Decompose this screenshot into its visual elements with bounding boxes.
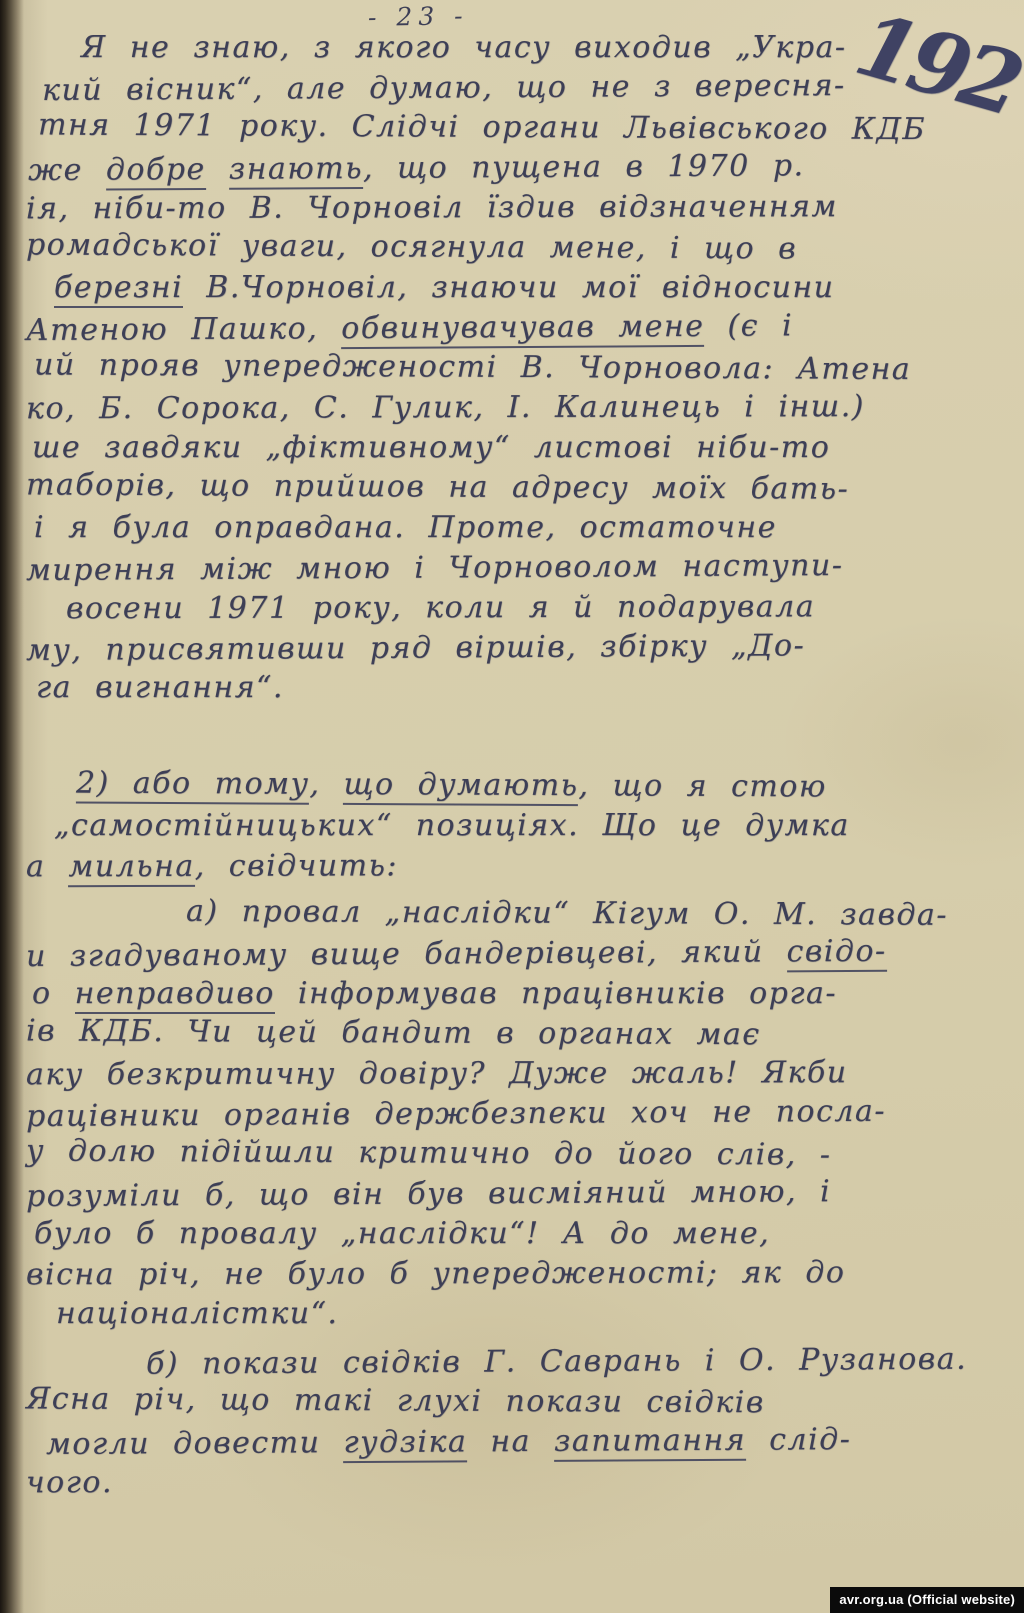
text-segment: слід- bbox=[746, 1422, 851, 1458]
handwritten-line: рацівники органів держбезпеки хоч не пос… bbox=[26, 1091, 1022, 1137]
underlined-phrase: добре bbox=[106, 152, 206, 191]
scanned-document-page: - 23 - 192 Я не знаю, з якого часу виход… bbox=[0, 0, 1024, 1613]
text-segment: Я не знаю, з якого часу виходив „Укра- bbox=[81, 30, 847, 65]
text-segment: Атеною Пашко, bbox=[26, 311, 341, 348]
underlined-phrase: березні bbox=[54, 270, 183, 308]
handwritten-line: націоналістки“. bbox=[56, 1294, 1022, 1334]
text-segment: а bbox=[26, 849, 69, 884]
text-segment: (є і bbox=[704, 308, 793, 344]
handwritten-line: чого. bbox=[26, 1461, 1022, 1504]
text-segment: у долю підійшли критично до його слів, - bbox=[26, 1133, 832, 1172]
handwritten-line: восени 1971 року, коли я й подарувала bbox=[66, 587, 1022, 630]
handwritten-line: ко, Б. Сорока, С. Гулик, І. Калинець і і… bbox=[26, 387, 1022, 430]
handwritten-line: 2) або тому, що думають, що я стою bbox=[76, 764, 1022, 809]
text-segment: тня 1971 року. Слідчі органи Львівського… bbox=[38, 107, 926, 147]
handwritten-line: ше завдяки „фіктивному“ листові ніби-то bbox=[32, 428, 1022, 468]
handwritten-line: б) покази свідків Г. Саврань і О. Рузано… bbox=[146, 1339, 1022, 1384]
text-segment: б) покази свідків Г. Саврань і О. Рузано… bbox=[146, 1342, 967, 1382]
text-segment bbox=[206, 152, 229, 187]
text-segment: ів КДБ. Чи цей бандит в органах має bbox=[26, 1013, 761, 1052]
text-segment: ко, Б. Сорока, С. Гулик, І. Калинець і і… bbox=[26, 389, 865, 426]
text-segment: , що я стою bbox=[578, 768, 827, 804]
handwritten-line: га вигнання“. bbox=[36, 668, 1022, 708]
text-segment: націоналістки“. bbox=[56, 1296, 338, 1331]
text-segment: же bbox=[28, 153, 106, 188]
text-segment: му, присвятивши ряд віршів, збірку „До- bbox=[26, 628, 805, 668]
text-segment: и згадуваному вище бандерівцеві, який bbox=[26, 934, 787, 974]
underlined-phrase: свідо- bbox=[786, 934, 886, 973]
text-segment: ромадської уваги, осягнула мене, і що в bbox=[26, 227, 797, 266]
handwritten-line: а) провал „наслідки“ Кігум О. М. завда- bbox=[186, 892, 1022, 936]
handwritten-line: тня 1971 року. Слідчі органи Львівського… bbox=[38, 105, 1022, 150]
handwritten-line: му, присвятивши ряд віршів, збірку „До- bbox=[26, 625, 1022, 671]
handwritten-line: могли довести гудзіка на запитання слід- bbox=[46, 1419, 1022, 1465]
underlined-phrase: 2) або тому bbox=[76, 766, 310, 805]
text-segment: ий прояв упередженості В. Чорновола: Ате… bbox=[34, 347, 911, 387]
text-segment: чого. bbox=[26, 1465, 113, 1500]
underlined-phrase: гудзіка bbox=[343, 1424, 467, 1463]
handwritten-line: о неправдиво інформував працівників орга… bbox=[32, 974, 1022, 1014]
text-segment: могли довести bbox=[46, 1425, 344, 1462]
text-segment: ія, ніби-то В. Чорновіл їздив відзначенн… bbox=[26, 189, 838, 226]
handwritten-line: „самостійницьких“ позиціях. Що це думка bbox=[54, 806, 1022, 846]
handwritten-line: вісна річ, не було б упередженості; як д… bbox=[26, 1253, 1022, 1296]
text-segment: інформував працівників орга- bbox=[275, 976, 837, 1011]
handwritten-line: Ясна річ, що такі глухі покази свідків bbox=[26, 1379, 1022, 1424]
text-segment: о bbox=[32, 976, 75, 1011]
handwritten-line: Атеною Пашко, обвинувачував мене (є і bbox=[26, 305, 1022, 351]
text-segment: , що пущена в 1970 р. bbox=[363, 148, 805, 186]
handwritten-line: а мильна, свідчить: bbox=[26, 845, 1022, 888]
underlined-phrase: знають bbox=[229, 151, 363, 190]
book-spine-shadow bbox=[0, 0, 24, 1613]
underlined-phrase: мильна bbox=[68, 849, 194, 887]
handwritten-line: же добре знають, що пущена в 1970 р. bbox=[28, 145, 1022, 191]
text-segment: вісна річ, не було б упередженості; як д… bbox=[26, 1255, 845, 1292]
text-segment: таборів, що прийшов на адресу моїх бать- bbox=[26, 467, 849, 506]
handwritten-line: і я була оправдана. Проте, остаточне bbox=[34, 508, 1022, 548]
watermark-label: avr.org.ua (Official website) bbox=[839, 1592, 1015, 1607]
handwritten-line: розуміли б, що він був висміяний мною, і bbox=[26, 1171, 1022, 1217]
text-segment: було б провалу „наслідки“! А до мене, bbox=[34, 1216, 770, 1251]
text-segment: кий вісник“, але думаю, що не з вересня- bbox=[42, 68, 846, 108]
handwritten-line: и згадуваному вище бандерівцеві, який св… bbox=[26, 931, 1022, 977]
text-segment: „самостійницьких“ позиціях. Що це думка bbox=[54, 808, 850, 843]
handwritten-line: Я не знаю, з якого часу виходив „Укра- bbox=[81, 28, 1022, 68]
underlined-phrase: неправдиво bbox=[75, 976, 275, 1014]
text-segment: аку безкритичну довіру? Дуже жаль! Якби bbox=[26, 1055, 848, 1092]
text-segment: рацівники органів держбезпеки хоч не пос… bbox=[26, 1094, 886, 1134]
handwritten-line: березні В.Чорновіл, знаючи мої відносини bbox=[54, 268, 1022, 308]
text-segment: восени 1971 року, коли я й подарувала bbox=[66, 589, 815, 626]
underlined-phrase: обвинувачував мене bbox=[341, 309, 704, 349]
handwritten-line: мирення між мною і Чорноволом наступи- bbox=[26, 545, 1022, 591]
handwritten-line: таборів, що прийшов на адресу моїх бать- bbox=[26, 465, 1022, 510]
underlined-phrase: запитання bbox=[554, 1423, 746, 1462]
text-segment: Ясна річ, що такі глухі покази свідків bbox=[26, 1381, 765, 1420]
handwritten-line: аку безкритичну довіру? Дуже жаль! Якби bbox=[26, 1053, 1022, 1096]
handwritten-line: ромадської уваги, осягнула мене, і що в bbox=[26, 225, 1022, 270]
underlined-phrase: що думають bbox=[343, 767, 578, 806]
text-segment: мирення між мною і Чорноволом наступи- bbox=[26, 548, 844, 588]
handwritten-line: у долю підійшли критично до його слів, - bbox=[26, 1131, 1022, 1176]
handwritten-line: ія, ніби-то В. Чорновіл їздив відзначенн… bbox=[26, 187, 1022, 230]
handwritten-line: кий вісник“, але думаю, що не з вересня- bbox=[42, 65, 1022, 111]
watermark-badge: avr.org.ua (Official website) bbox=[830, 1587, 1024, 1613]
text-segment: і я була оправдана. Проте, остаточне bbox=[34, 510, 777, 545]
handwritten-line: ів КДБ. Чи цей бандит в органах має bbox=[26, 1011, 1022, 1056]
text-segment: га вигнання“. bbox=[36, 670, 284, 705]
handwritten-line: ий прояв упередженості В. Чорновола: Ате… bbox=[34, 345, 1022, 390]
text-segment: , bbox=[309, 767, 343, 802]
text-segment: , свідчить: bbox=[195, 848, 398, 884]
text-segment: на bbox=[467, 1424, 554, 1460]
text-segment: ше завдяки „фіктивному“ листові ніби-то bbox=[32, 430, 830, 465]
text-segment: розуміли б, що він був висміяний мною, і bbox=[26, 1174, 831, 1214]
handwritten-text: Я не знаю, з якого часу виходив „Укра-ки… bbox=[26, 28, 1022, 1502]
text-segment: В.Чорновіл, знаючи мої відносини bbox=[183, 270, 834, 305]
handwritten-line: було б провалу „наслідки“! А до мене, bbox=[34, 1214, 1022, 1254]
text-segment: а) провал „наслідки“ Кігум О. М. завда- bbox=[186, 894, 948, 933]
